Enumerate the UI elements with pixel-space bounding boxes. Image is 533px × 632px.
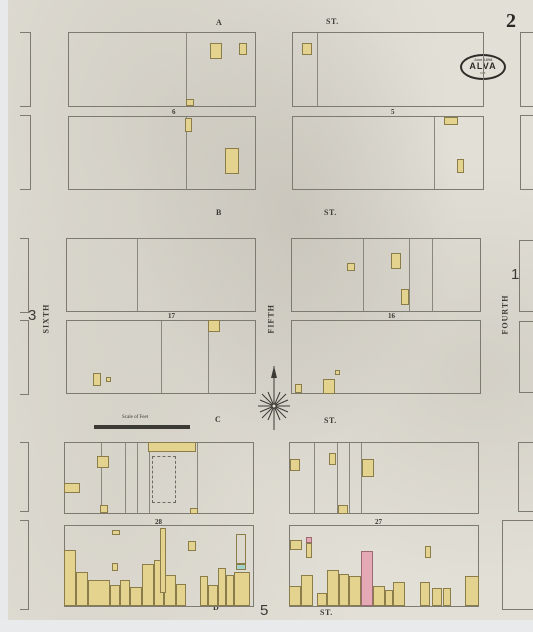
building	[401, 289, 409, 305]
building	[329, 453, 336, 465]
block-16-south	[291, 320, 481, 394]
building	[335, 370, 340, 375]
building	[120, 580, 130, 606]
edge-block-right	[518, 442, 533, 512]
building	[385, 590, 393, 606]
building	[290, 459, 300, 471]
block-number: 6	[172, 108, 176, 116]
building	[210, 43, 222, 59]
building	[200, 576, 208, 606]
block-6-north	[68, 32, 256, 107]
building	[443, 588, 451, 606]
building	[188, 541, 196, 551]
building	[93, 373, 101, 386]
bottom-margin	[0, 620, 533, 632]
block-27-north	[289, 442, 479, 514]
street-b-letter: B	[216, 208, 222, 217]
building	[225, 148, 239, 174]
edge-block-left	[20, 32, 31, 107]
edge-block-left	[20, 320, 29, 395]
building	[142, 564, 154, 606]
building	[349, 576, 361, 606]
building	[420, 582, 430, 606]
building	[339, 574, 349, 606]
building	[393, 582, 405, 606]
building	[290, 540, 302, 550]
edge-block-right	[502, 520, 533, 610]
street-fifth: FIFTH	[267, 304, 276, 334]
building	[317, 593, 327, 606]
block-number: 17	[168, 312, 175, 320]
block-number: 5	[391, 108, 395, 116]
street-c-st: ST.	[324, 416, 337, 425]
edge-block-right	[519, 240, 533, 312]
building	[190, 508, 198, 514]
building	[64, 550, 76, 606]
adjacent-sheet-bottom[interactable]: 5	[260, 602, 268, 619]
block-5-south	[292, 116, 484, 190]
edge-block-right	[520, 115, 533, 190]
building	[148, 442, 196, 452]
building	[112, 563, 118, 571]
building	[234, 572, 250, 606]
building	[323, 379, 335, 394]
building	[176, 584, 186, 606]
street-b-st: ST.	[324, 208, 337, 217]
edge-block-right	[519, 321, 533, 393]
building	[373, 586, 385, 606]
building	[110, 585, 120, 606]
scale-bar	[94, 425, 190, 429]
street-a-st: ST.	[326, 17, 339, 26]
street-sixth: SIXTH	[42, 304, 51, 334]
building	[391, 253, 401, 269]
building	[444, 117, 458, 125]
scale-label: Scale of Feet	[122, 415, 148, 420]
building	[301, 575, 313, 606]
building	[361, 551, 373, 606]
building	[106, 377, 111, 382]
building	[130, 587, 142, 606]
building	[362, 459, 374, 477]
building	[112, 530, 120, 535]
building	[327, 570, 339, 606]
edge-block-right	[520, 32, 533, 107]
building	[302, 43, 312, 55]
block-number: 16	[388, 312, 395, 320]
building	[295, 384, 302, 393]
church-outline	[152, 456, 176, 503]
sheet-number: 2	[506, 10, 516, 33]
building	[239, 43, 247, 55]
building	[465, 576, 479, 606]
adjacent-sheet-left[interactable]: 3	[28, 307, 36, 324]
building	[76, 572, 88, 606]
block-17-north	[66, 238, 256, 312]
block-16-north	[291, 238, 481, 312]
block-5-north	[292, 32, 484, 107]
building	[236, 534, 246, 564]
compass-rose-icon	[254, 362, 294, 434]
street-fourth: FOURTH	[501, 299, 510, 335]
edge-block-left	[20, 238, 29, 313]
building	[218, 568, 226, 606]
building	[160, 528, 166, 593]
building	[457, 159, 464, 173]
street-d-st: ST.	[320, 608, 333, 617]
edge-block-left	[20, 520, 29, 610]
building	[236, 564, 246, 570]
building	[347, 263, 355, 271]
street-a-letter: A	[216, 18, 222, 27]
building	[226, 575, 234, 606]
edge-block-left	[20, 115, 31, 190]
building	[425, 546, 431, 558]
building	[306, 543, 312, 558]
building	[64, 483, 80, 493]
building	[186, 99, 194, 106]
building	[185, 118, 192, 132]
building	[208, 585, 218, 606]
building	[208, 320, 220, 332]
building	[432, 588, 442, 606]
building	[338, 505, 348, 514]
street-c-letter: C	[215, 415, 221, 424]
building	[88, 580, 110, 606]
building	[97, 456, 109, 468]
edge-block-left	[20, 442, 29, 512]
building	[289, 586, 301, 606]
building	[100, 505, 108, 513]
